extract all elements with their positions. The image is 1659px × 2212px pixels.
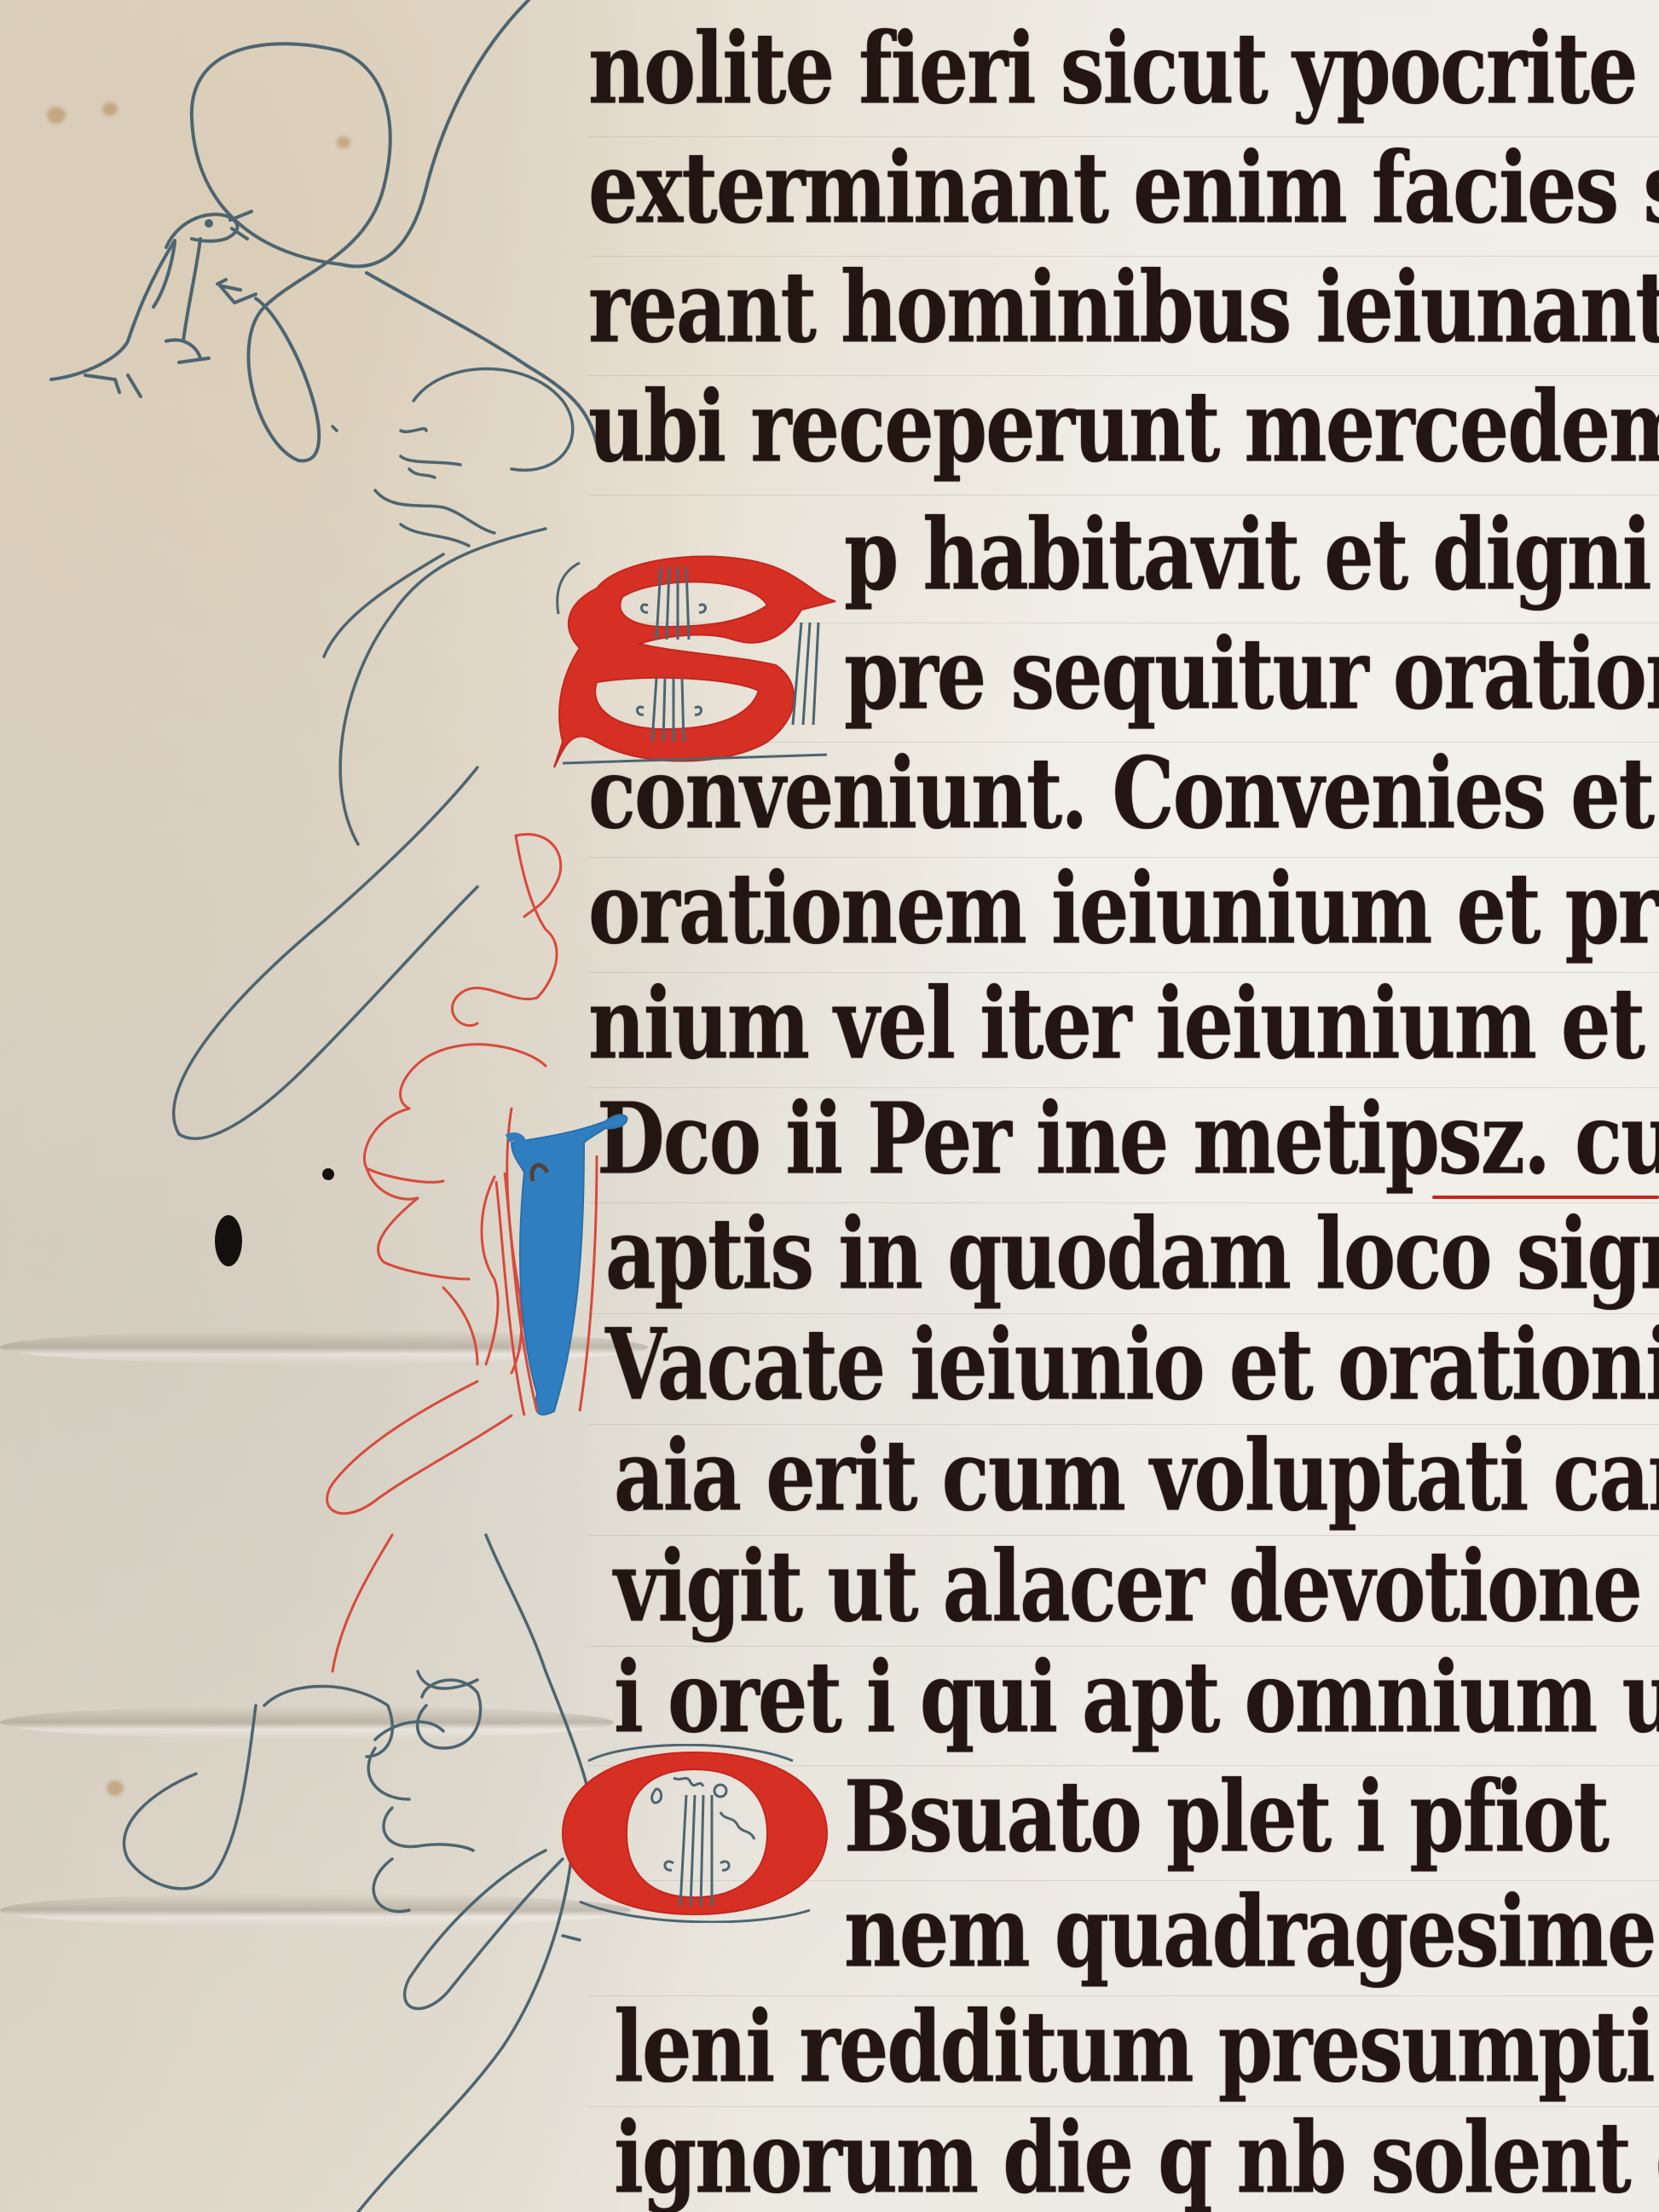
text-line: reant hominibus ieiunantes. Amen	[588, 250, 1659, 365]
text-line: aia erit cum voluptati carni	[614, 1418, 1659, 1533]
loop-flourish-icon	[192, 0, 597, 460]
text-segment: ubi receperunt mercedem suam.	[588, 369, 1659, 484]
bird-drawing-icon	[51, 211, 256, 397]
text-line: vigit ut alacer devotione ieiu	[614, 1529, 1659, 1644]
text-line: ignorum die q nb solent exe	[614, 2100, 1659, 2212]
text-line: nolite fieri sicut ypocrite tri	[588, 11, 1659, 126]
text-line: Bsuato plet i pfiot	[844, 1759, 1608, 1874]
text-line-with-rubric: ubi receperunt mercedem suam. orige	[588, 369, 1659, 484]
ink-dot	[322, 1168, 334, 1180]
grotesque-face-lower-icon	[124, 1535, 588, 2212]
red-initial-s-icon	[546, 537, 853, 785]
text-line: nium vel iter ieiunium et orone	[588, 966, 1659, 1081]
red-initial-o-icon	[554, 1744, 835, 1923]
text-line: exterminant enim facies suas ut	[588, 130, 1659, 246]
text-line: leni redditum presumpti tporiet	[614, 1989, 1659, 2105]
text-line: pre sequitur orationis ieiuni	[844, 617, 1659, 732]
text-line: p habitavit et digni	[844, 497, 1650, 612]
blue-initial-i-icon	[486, 1104, 656, 1428]
text-line: Vacate ieiunio et orationi. Qu	[605, 1307, 1659, 1422]
grotesque-face-upper-icon	[174, 369, 573, 1139]
ruling-line	[588, 495, 1659, 495]
text-line: nem quadragesime f. ki	[844, 1874, 1659, 1989]
text-line: aptis in quodam loco significans	[605, 1196, 1659, 1312]
text-line: orationem ieiunium et precat oro	[588, 851, 1659, 966]
ink-blot	[215, 1215, 242, 1266]
text-line: i oret i qui apt omnium utrisq e	[614, 1640, 1659, 1755]
text-line-with-rubric: Dco ii Per ine metipsz. cui n se	[597, 1081, 1659, 1196]
